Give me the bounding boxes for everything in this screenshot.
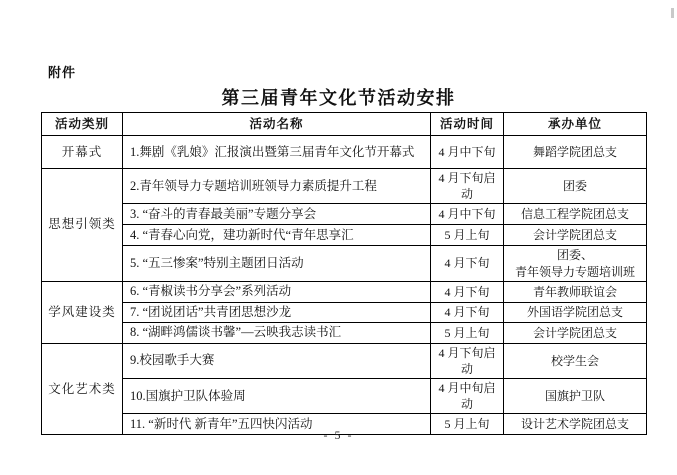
activity-schedule-table: 活动类别 活动名称 活动时间 承办单位 开幕式 1.舞剧《乳娘》汇报演出暨第三届… bbox=[41, 112, 647, 435]
activity-time-cell: 4 月下旬启 动 bbox=[431, 169, 504, 204]
table-row: 思想引领类 2.青年领导力专题培训班领导力素质提升工程 4 月下旬启 动 团委 bbox=[42, 169, 647, 204]
activity-name-cell: 6. “青椒读书分享会”系列活动 bbox=[123, 281, 431, 302]
activity-time-cell: 4 月中下旬 bbox=[431, 204, 504, 225]
organizer-cell: 校学生会 bbox=[504, 343, 647, 378]
activity-time-cell: 4 月下旬 bbox=[431, 302, 504, 322]
table-row: 10.国旗护卫队体验周 4 月中旬启 动 国旗护卫队 bbox=[42, 379, 647, 414]
activity-name-cell: 3. “奋斗的青春最美丽”专题分享会 bbox=[123, 204, 431, 225]
activity-time-cell: 4 月中下旬 bbox=[431, 136, 504, 169]
activity-time-cell: 4 月下旬 bbox=[431, 281, 504, 302]
category-cell: 文化艺术类 bbox=[42, 343, 123, 435]
activity-name-cell: 9.校园歌手大赛 bbox=[123, 343, 431, 378]
header-activity-name: 活动名称 bbox=[123, 113, 431, 136]
activity-time-cell: 4 月下旬启 动 bbox=[431, 343, 504, 378]
category-cell: 思想引领类 bbox=[42, 169, 123, 282]
organizer-cell: 国旗护卫队 bbox=[504, 379, 647, 414]
activity-time-cell: 4 月下旬 bbox=[431, 246, 504, 281]
activity-name-cell: 1.舞剧《乳娘》汇报演出暨第三届青年文化节开幕式 bbox=[123, 136, 431, 169]
header-activity-time: 活动时间 bbox=[431, 113, 504, 136]
table-row: 4. “青春心向党，建功新时代“青年思享汇 5 月上旬 会计学院团总支 bbox=[42, 225, 647, 246]
activity-name-cell: 8. “湖畔鸿儒谈书馨”—云映我志读书汇 bbox=[123, 322, 431, 343]
header-category: 活动类别 bbox=[42, 113, 123, 136]
organizer-cell: 外国语学院团总支 bbox=[504, 302, 647, 322]
activity-time-cell: 5 月上旬 bbox=[431, 322, 504, 343]
activity-name-cell: 2.青年领导力专题培训班领导力素质提升工程 bbox=[123, 169, 431, 204]
organizer-cell: 会计学院团总支 bbox=[504, 225, 647, 246]
attachment-label: 附件 bbox=[48, 62, 76, 81]
table-row: 学风建设类 6. “青椒读书分享会”系列活动 4 月下旬 青年教师联谊会 bbox=[42, 281, 647, 302]
header-organizer: 承办单位 bbox=[504, 113, 647, 136]
table-row: 7. “团说团话”共青团思想沙龙 4 月下旬 外国语学院团总支 bbox=[42, 302, 647, 322]
scan-artifact bbox=[671, 8, 674, 18]
activity-name-cell: 7. “团说团话”共青团思想沙龙 bbox=[123, 302, 431, 322]
table-row: 8. “湖畔鸿儒谈书馨”—云映我志读书汇 5 月上旬 会计学院团总支 bbox=[42, 322, 647, 343]
organizer-cell: 舞蹈学院团总支 bbox=[504, 136, 647, 169]
organizer-cell: 青年教师联谊会 bbox=[504, 281, 647, 302]
document-page: 附件 第三届青年文化节活动安排 活动类别 活动名称 活动时间 承办单位 开幕式 … bbox=[0, 0, 677, 475]
page-number: - 5 - bbox=[0, 428, 677, 443]
organizer-cell: 团委 bbox=[504, 169, 647, 204]
activity-time-cell: 5 月上旬 bbox=[431, 225, 504, 246]
table-row: 开幕式 1.舞剧《乳娘》汇报演出暨第三届青年文化节开幕式 4 月中下旬 舞蹈学院… bbox=[42, 136, 647, 169]
activity-name-cell: 5. “五三惨案”特别主题团日活动 bbox=[123, 246, 431, 281]
table-row: 文化艺术类 9.校园歌手大赛 4 月下旬启 动 校学生会 bbox=[42, 343, 647, 378]
activity-name-cell: 10.国旗护卫队体验周 bbox=[123, 379, 431, 414]
table-row: 5. “五三惨案”特别主题团日活动 4 月下旬 团委、 青年领导力专题培训班 bbox=[42, 246, 647, 281]
table-row: 3. “奋斗的青春最美丽”专题分享会 4 月中下旬 信息工程学院团总支 bbox=[42, 204, 647, 225]
activity-time-cell: 4 月中旬启 动 bbox=[431, 379, 504, 414]
organizer-cell: 信息工程学院团总支 bbox=[504, 204, 647, 225]
category-cell: 开幕式 bbox=[42, 136, 123, 169]
category-cell: 学风建设类 bbox=[42, 281, 123, 343]
table-header-row: 活动类别 活动名称 活动时间 承办单位 bbox=[42, 113, 647, 136]
organizer-cell: 会计学院团总支 bbox=[504, 322, 647, 343]
organizer-cell: 团委、 青年领导力专题培训班 bbox=[504, 246, 647, 281]
page-title: 第三届青年文化节活动安排 bbox=[0, 84, 677, 110]
activity-name-cell: 4. “青春心向党，建功新时代“青年思享汇 bbox=[123, 225, 431, 246]
